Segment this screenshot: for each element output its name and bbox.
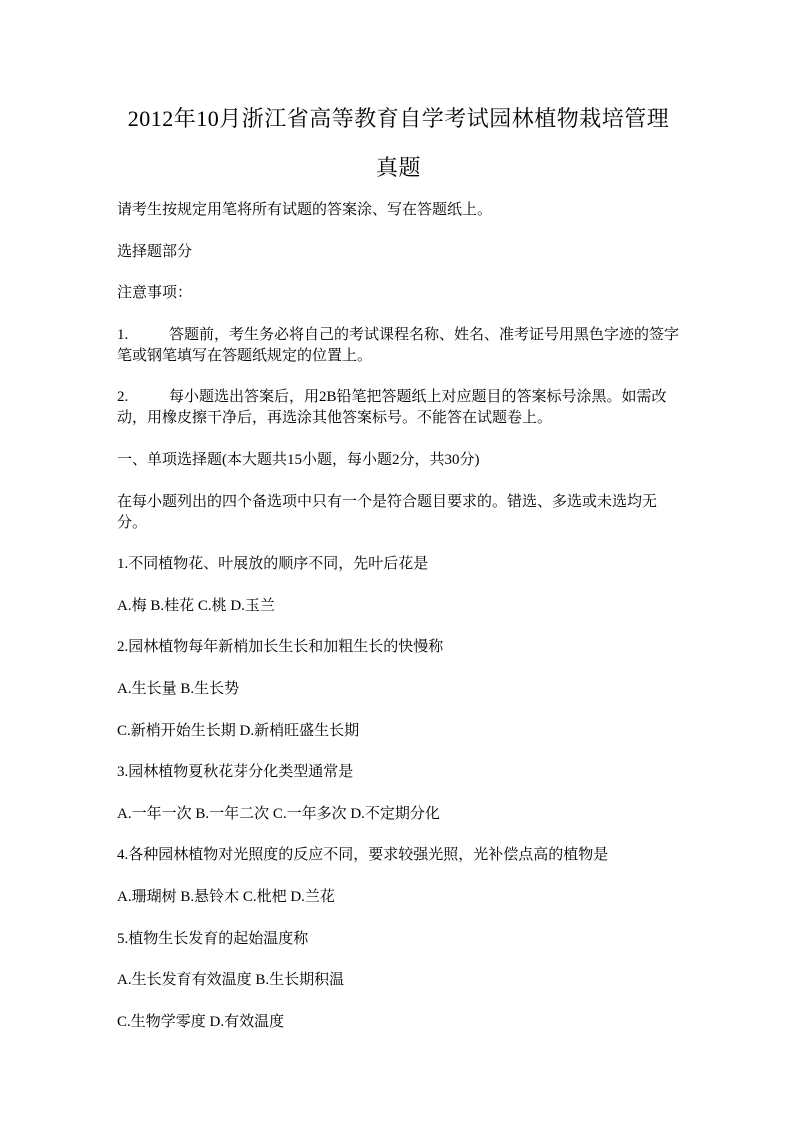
notes-header: 注意事项：: [117, 283, 680, 304]
note-text: 每小题选出答案后，用2B铅笔把答题纸上对应题目的答案标号涂黑。如需改动，用橡皮擦…: [117, 389, 667, 426]
note-item: 1.答题前，考生务必将自己的考试课程名称、姓名、准考证号用黑色字迹的签字笔或钢笔…: [117, 325, 680, 367]
document-page: 2012年10月浙江省高等教育自学考试园林植物栽培管理真题 请考生按规定用笔将所…: [0, 0, 794, 1123]
option-line: A.生长发育有效温度 B.生长期积温: [117, 970, 680, 991]
note-marker: 2.: [117, 387, 169, 408]
section-instruction: 在每小题列出的四个备选项中只有一个是符合题目要求的。错选、多选或未选均无分。: [117, 492, 680, 534]
section-label: 选择题部分: [117, 242, 680, 263]
question-stem: 1.不同植物花、叶展放的顺序不同，先叶后花是: [117, 554, 680, 575]
option-line: A.生长量 B.生长势: [117, 679, 680, 700]
question-stem: 4.各种园林植物对光照度的反应不同，要求较强光照，光补偿点高的植物是: [117, 845, 680, 866]
note-marker: 1.: [117, 325, 169, 346]
question-stem: 5.植物生长发育的起始温度称: [117, 929, 680, 950]
option-line: A.一年一次 B.一年二次 C.一年多次 D.不定期分化: [117, 804, 680, 825]
question-stem: 3.园林植物夏秋花芽分化类型通常是: [117, 762, 680, 783]
option-line: C.生物学零度 D.有效温度: [117, 1012, 680, 1033]
question-stem: 2.园林植物每年新梢加长生长和加粗生长的快慢称: [117, 637, 680, 658]
option-line: C.新梢开始生长期 D.新梢旺盛生长期: [117, 721, 680, 742]
answer-notice: 请考生按规定用笔将所有试题的答案涂、写在答题纸上。: [117, 200, 680, 221]
option-line: A.珊瑚树 B.悬铃木 C.枇杷 D.兰花: [117, 887, 680, 908]
document-title: 2012年10月浙江省高等教育自学考试园林植物栽培管理真题: [117, 94, 680, 192]
note-text: 答题前，考生务必将自己的考试课程名称、姓名、准考证号用黑色字迹的签字笔或钢笔填写…: [117, 327, 679, 364]
option-line: A.梅 B.桂花 C.桃 D.玉兰: [117, 596, 680, 617]
note-item: 2.每小题选出答案后，用2B铅笔把答题纸上对应题目的答案标号涂黑。如需改动，用橡…: [117, 387, 680, 429]
section-heading: 一、单项选择题(本大题共15小题，每小题2分，共30分): [117, 450, 680, 471]
